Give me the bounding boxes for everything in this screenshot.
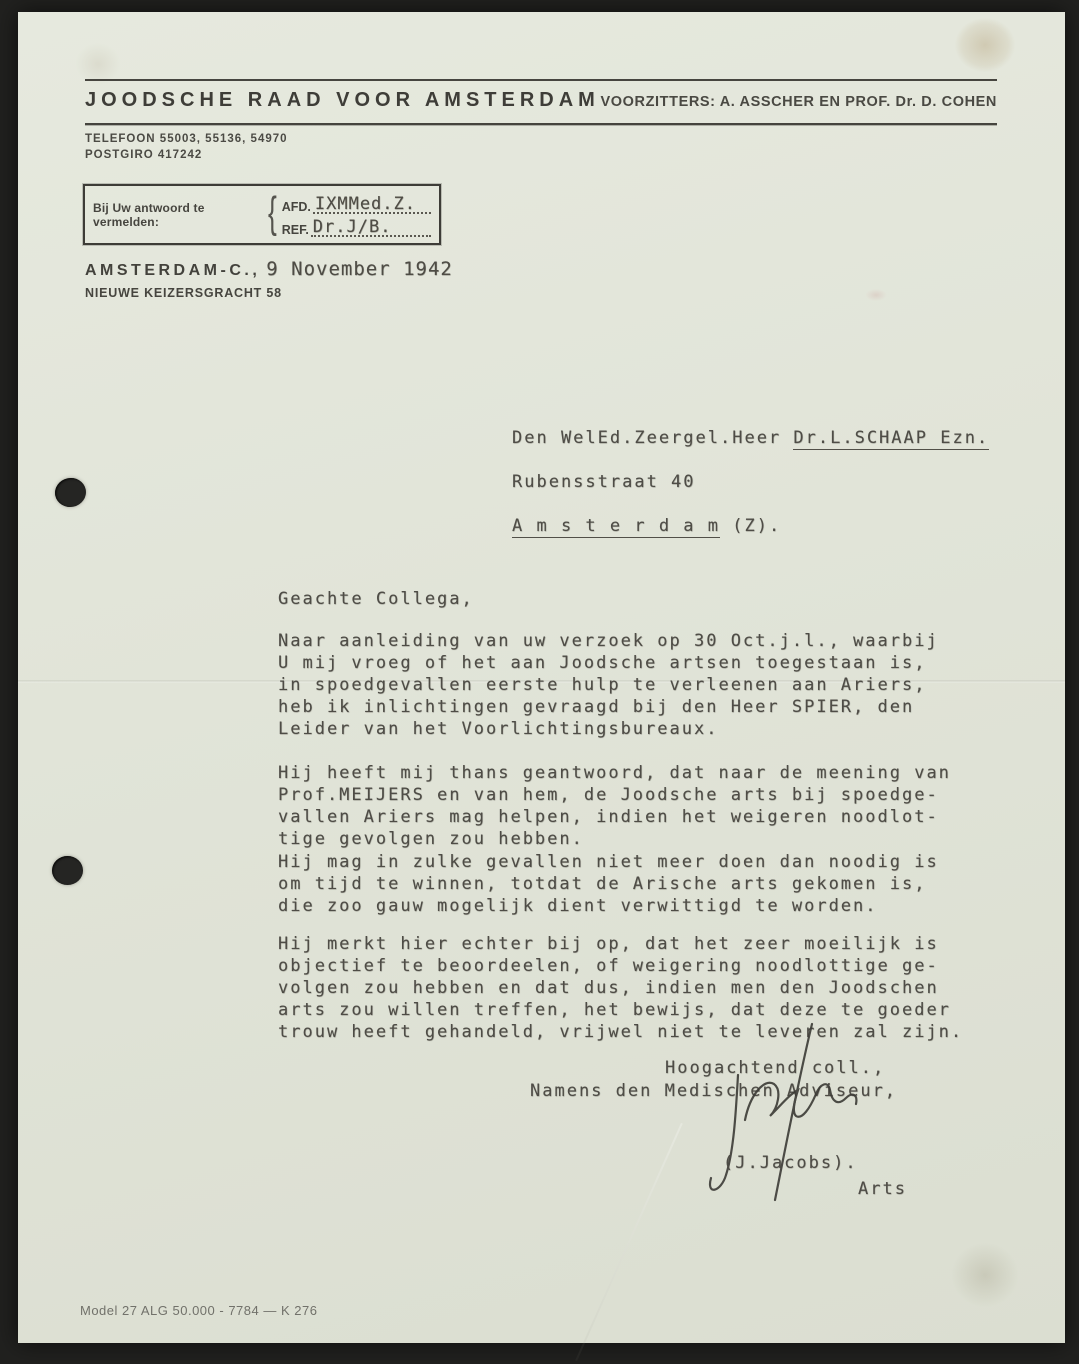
- punch-hole: [52, 856, 83, 885]
- paper-crease: [575, 1123, 683, 1361]
- reference-box-label: Bij Uw antwoord te vermelden:: [93, 201, 265, 229]
- organization-name: JOODSCHE RAAD VOOR AMSTERDAM: [85, 89, 600, 112]
- reference-box: Bij Uw antwoord te vermelden: { AFD. IXM…: [83, 184, 441, 245]
- street-address: NIEUWE KEIZERSGRACHT 58: [85, 286, 282, 300]
- afd-value: IXMMed.Z.: [315, 194, 416, 214]
- letter-page: JOODSCHE RAAD VOOR AMSTERDAM VOORZITTERS…: [18, 12, 1065, 1343]
- afd-row: AFD. IXMMed.Z.: [282, 192, 431, 214]
- typed-date: 9 November 1942: [266, 258, 453, 280]
- letterhead-rule-top: [85, 79, 997, 81]
- signature-title: Arts: [858, 1178, 907, 1200]
- recipient-line2: Rubensstraat 40: [512, 471, 989, 493]
- ref-label: REF.: [282, 223, 309, 237]
- recipient-line3: A m s t e r d a m (Z).: [512, 515, 989, 537]
- ref-value: Dr.J/B.: [313, 217, 392, 237]
- salutation: Geachte Collega,: [278, 588, 474, 610]
- letterhead: JOODSCHE RAAD VOOR AMSTERDAM VOORZITTERS…: [85, 89, 997, 112]
- telephone-line: TELEFOON 55003, 55136, 54970: [85, 133, 288, 145]
- signature-typed-name: (J.Jacobs).: [723, 1152, 858, 1174]
- ref-row: REF. Dr.J/B.: [282, 215, 431, 237]
- paragraph-3: Hij mag in zulke gevallen niet meer doen…: [278, 851, 998, 917]
- recipient-line1: Den WelEd.Zeergel.Heer Dr.L.SCHAAP Ezn.: [512, 427, 989, 449]
- recipient-block: Den WelEd.Zeergel.Heer Dr.L.SCHAAP Ezn. …: [512, 405, 989, 559]
- paragraph-4: Hij merkt hier echter bij op, dat het ze…: [278, 933, 998, 1043]
- afd-dotted-line: IXMMed.Z.: [313, 192, 431, 214]
- ref-dotted-line: Dr.J/B.: [311, 215, 431, 237]
- handwritten-signature: [690, 1020, 880, 1205]
- afd-label: AFD.: [282, 200, 311, 214]
- letterhead-rule-bottom: [85, 123, 997, 125]
- city-printed: AMSTERDAM-C.,: [85, 262, 260, 280]
- punch-hole: [52, 475, 88, 510]
- brace-glyph: {: [268, 191, 277, 235]
- chairmen-line: VOORZITTERS: A. ASSCHER EN PROF. Dr. D. …: [600, 94, 997, 110]
- form-model-number: Model 27 ALG 50.000 - 7784 — K 276: [80, 1303, 317, 1318]
- recipient-city: A m s t e r d a m: [512, 516, 720, 538]
- recipient-name: Dr.L.SCHAAP Ezn.: [793, 428, 989, 450]
- dateline: AMSTERDAM-C., 9 November 1942: [85, 258, 453, 280]
- postgiro-line: POSTGIRO 417242: [85, 149, 202, 161]
- paragraph-2: Hij heeft mij thans geantwoord, dat naar…: [278, 762, 998, 850]
- paragraph-1: Naar aanleiding van uw verzoek op 30 Oct…: [278, 630, 998, 740]
